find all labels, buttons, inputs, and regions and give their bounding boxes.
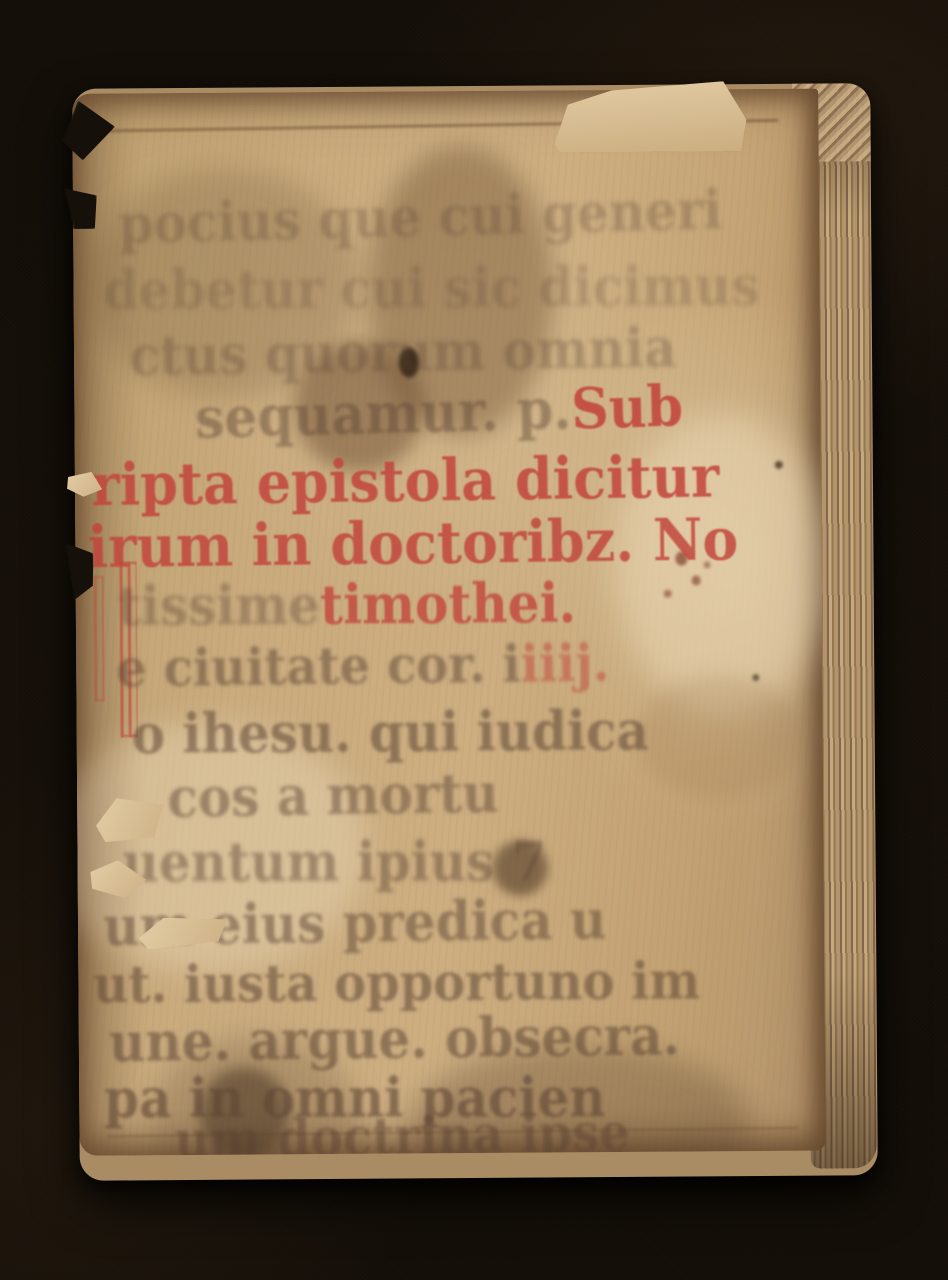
manuscript-book: pocius que cui generidebetur cui sic dic… xyxy=(72,83,878,1181)
manuscript-text-line: um doctrina ipse xyxy=(174,1107,630,1156)
ink-text-segment: o ihesu. qui iudica xyxy=(132,704,649,762)
wormhole xyxy=(752,674,759,681)
rubric-text-segment: timothei. xyxy=(320,576,576,632)
ink-text-segment: um doctrina ipse xyxy=(174,1107,630,1156)
manuscript-text-line: debetur cui sic dicimus xyxy=(103,259,759,318)
manuscript-text-line: irum in doctoribz. No xyxy=(87,510,738,576)
ink-text-segment: cos a mortu xyxy=(167,766,499,825)
rust-speckle xyxy=(692,575,701,585)
manuscript-text-line: e ciuitate cor. i iiij. xyxy=(116,637,610,695)
ink-text-segment: debetur cui sic dicimus xyxy=(103,259,759,318)
rubric-text-segment: irum in doctoribz. No xyxy=(87,510,738,576)
manuscript-text-line: pocius que cui generi xyxy=(118,183,723,252)
ink-text-segment: ctus quorum omnia xyxy=(129,321,677,384)
rubric-text-segment: Sub xyxy=(571,379,684,438)
manuscript-text-line: une. argue. obsecra. xyxy=(109,1009,680,1070)
rubric-text-segment: iiij. xyxy=(520,637,609,690)
manuscript-text-line: ctus quorum omnia xyxy=(129,321,677,384)
ink-text-segment: une. argue. obsecra. xyxy=(109,1009,680,1070)
ink-text-segment: e ciuitate cor. i xyxy=(116,639,521,696)
rubricated-margin-marks xyxy=(94,576,105,702)
ink-text-segment: sequamur. p. xyxy=(194,382,572,447)
manuscript-text-line: ripta epistola dicitur xyxy=(91,447,720,514)
manuscript-text-line: sequamur. p. Sub xyxy=(194,379,683,447)
stain xyxy=(636,674,802,800)
manuscript-text-line: tissime timothei. xyxy=(118,576,576,633)
manuscript-text-line: cos a mortu xyxy=(167,766,499,825)
rubric-text-segment: ripta epistola dicitur xyxy=(91,447,720,514)
manuscript-text-line: o ihesu. qui iudica xyxy=(132,704,649,762)
ink-text-segment: pocius que cui generi xyxy=(118,183,723,252)
ink-text-segment: tissime xyxy=(118,578,320,633)
rust-speckle xyxy=(664,590,672,598)
ink-text-segment: uentum ipius 7 xyxy=(122,835,546,890)
photo-background-fabric: pocius que cui generidebetur cui sic dic… xyxy=(0,0,948,1280)
manuscript-text-line: uentum ipius 7 xyxy=(122,835,546,890)
wormhole xyxy=(775,461,783,469)
parchment-page: pocius que cui generidebetur cui sic dic… xyxy=(72,89,825,1156)
